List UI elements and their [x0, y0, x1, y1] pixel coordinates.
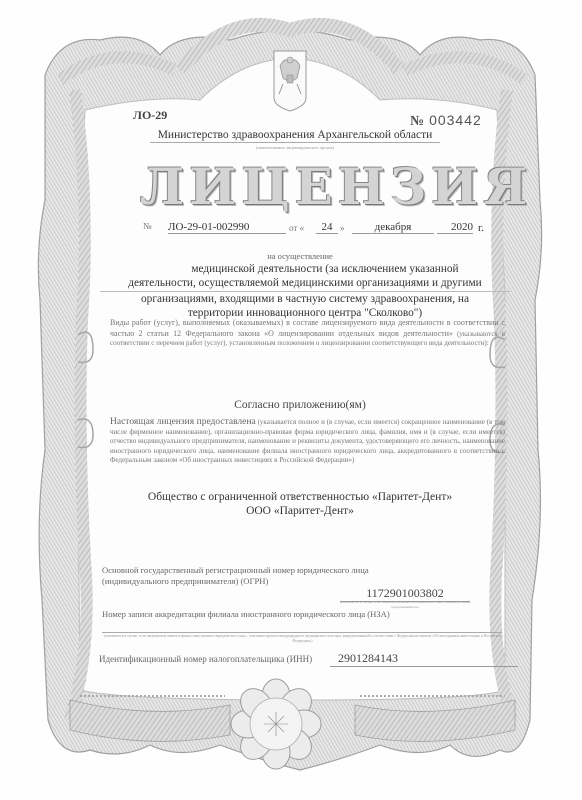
- license-document: ЛО-29 №003442 Министерство здравоохранен…: [0, 0, 582, 800]
- works-text: Виды работ (услуг), выполняемых (оказыва…: [110, 318, 505, 338]
- day-close: »: [340, 223, 345, 233]
- on-execution-label: на осуществление: [90, 251, 510, 261]
- blank-number-value: 003442: [429, 112, 482, 128]
- org-full-name: Общество с ограниченной ответственностью…: [90, 490, 510, 504]
- licensed-activity: медицинской деятельности (за исключением…: [100, 262, 510, 320]
- blank-number: №003442: [410, 112, 482, 130]
- from-label: от «: [289, 223, 304, 233]
- granted-lead: Настоящая лицензия предоставлена: [110, 417, 256, 427]
- activity-line: организациями, входящими в частную систе…: [100, 292, 510, 306]
- activity-line: медицинской деятельности (за исключением…: [100, 262, 510, 276]
- license-year: 2020: [437, 221, 473, 234]
- issuing-authority: Министерство здравоохранения Архангельск…: [150, 129, 440, 143]
- coat-of-arms-icon: [274, 51, 306, 111]
- license-day: 24: [316, 221, 338, 234]
- nza-value: [102, 632, 502, 633]
- activity-line: деятельности, осуществляемой медицинским…: [100, 276, 510, 291]
- license-number-prefix: №: [143, 221, 152, 231]
- licensee-name: Общество с ограниченной ответственностью…: [90, 490, 510, 518]
- document-title: ЛИЦЕНЗИЯ: [140, 157, 440, 216]
- annex-reference: Согласно приложению(ям): [90, 399, 510, 411]
- license-number: ЛО-29-01-002990: [168, 221, 286, 234]
- issuing-authority-caption: (наименование лицензирующего органа): [150, 145, 440, 150]
- works-description: Виды работ (услуг), выполняемых (оказыва…: [110, 318, 505, 349]
- license-series: ЛО-29: [133, 108, 167, 123]
- ogrn-label: Основной государственный регистрационный…: [102, 565, 432, 587]
- license-month: декабря: [352, 221, 434, 234]
- nza-label: Номер записи аккредитации филиала иностр…: [102, 609, 502, 619]
- rosette-icon: [231, 679, 321, 769]
- inn-value: 2901284143: [330, 651, 518, 667]
- nza-note: (заполняется в случае, если лицензиатом …: [100, 634, 505, 644]
- year-suffix: г.: [478, 222, 484, 234]
- number-symbol: №: [410, 114, 425, 129]
- org-short-name: ООО «Паритет-Дент»: [90, 504, 510, 518]
- license-number-line: № ЛО-29-01-002990 от « 24 » декабря 2020…: [140, 221, 460, 237]
- inn-label: Идентификационный номер налогоплательщик…: [99, 654, 312, 664]
- granted-to-description: Настоящая лицензия предоставлена (указыв…: [110, 418, 505, 466]
